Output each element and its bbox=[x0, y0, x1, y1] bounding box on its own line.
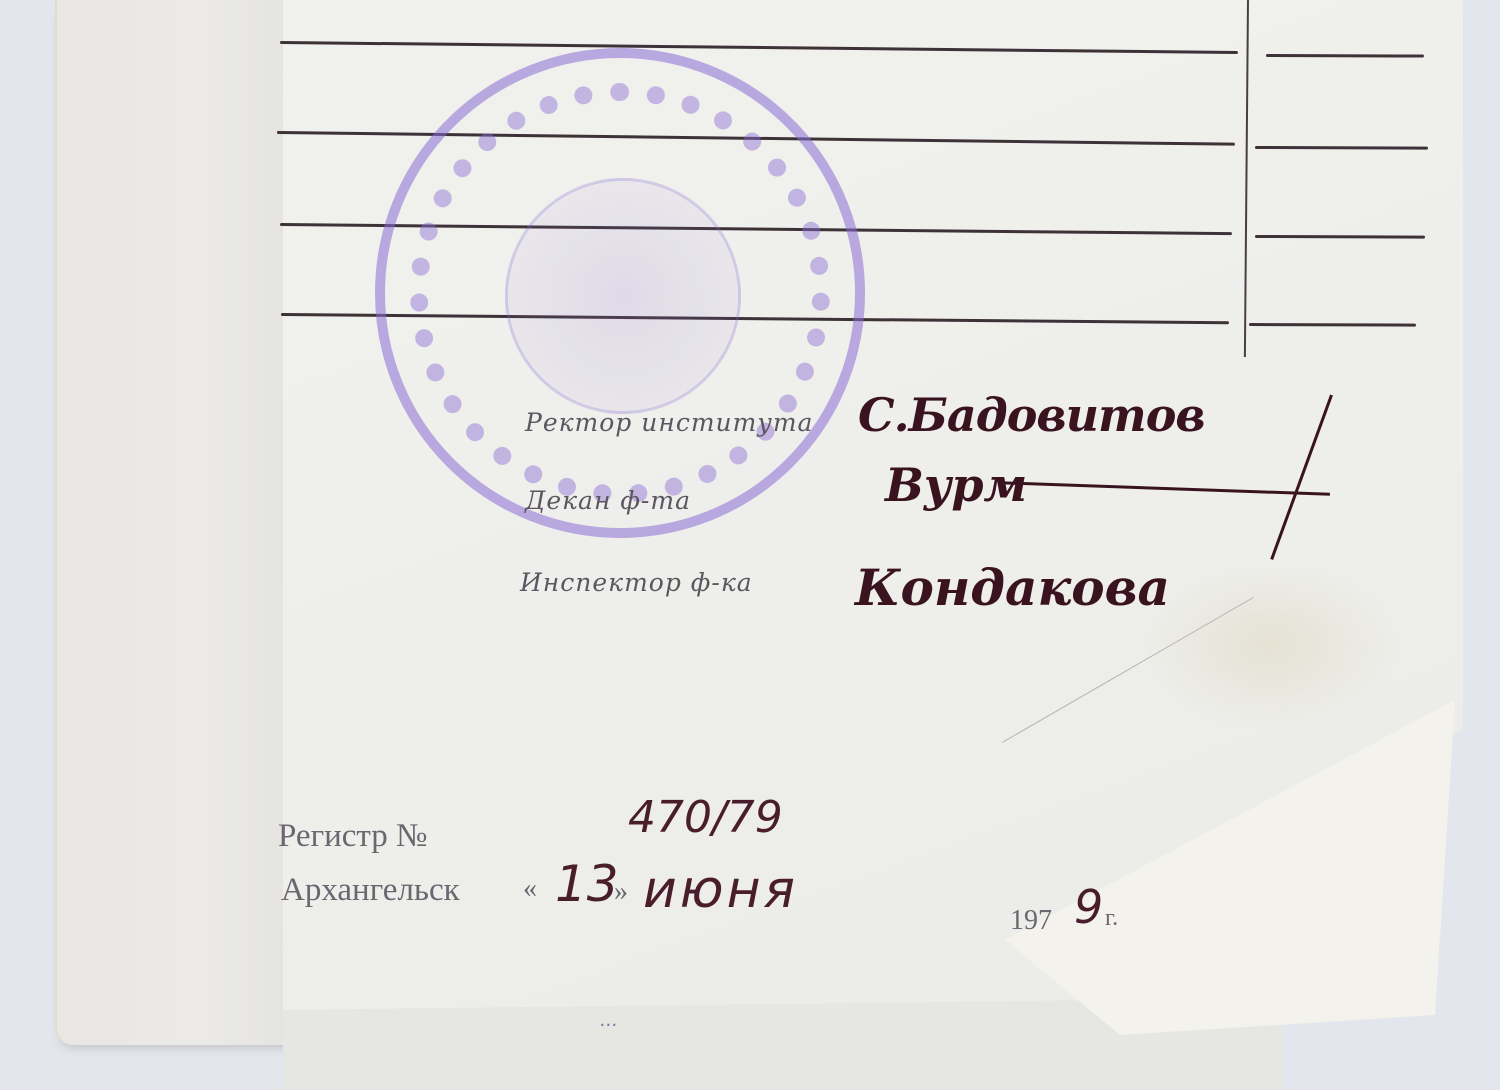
dean-signature: Вурм bbox=[885, 458, 1027, 512]
year-suffix: г. bbox=[1105, 905, 1118, 932]
register-number: 470/79 bbox=[628, 792, 783, 843]
paper-stain bbox=[1140, 560, 1400, 730]
table-rule-2-right bbox=[1255, 146, 1428, 150]
city-label: Архангельск bbox=[281, 872, 460, 909]
year-printed: 197 bbox=[1010, 905, 1052, 937]
underlying-sheet bbox=[55, 0, 297, 1045]
official-round-stamp bbox=[375, 48, 865, 538]
table-rule-1-right bbox=[1266, 54, 1424, 58]
date-month: июня bbox=[643, 860, 798, 920]
rector-signature: С.Бадовитов bbox=[858, 388, 1205, 442]
year-handwritten-digit: 9 bbox=[1074, 880, 1103, 934]
table-rule-4-right bbox=[1249, 323, 1416, 327]
bottom-text-fragment: … bbox=[600, 1010, 618, 1031]
date-quote-close: » bbox=[614, 876, 628, 908]
date-quote-open: « bbox=[523, 873, 537, 905]
date-day: 13 bbox=[555, 855, 619, 913]
register-label: Регистр № bbox=[278, 818, 427, 855]
inspector-signature: Кондакова bbox=[855, 558, 1170, 617]
inspector-label: Инспектор ф-ка bbox=[520, 568, 753, 597]
dean-label: Декан ф-та bbox=[525, 486, 691, 515]
stamp-emblem bbox=[505, 178, 741, 414]
rector-label: Ректор института bbox=[525, 408, 813, 437]
table-rule-3-right bbox=[1255, 235, 1425, 239]
